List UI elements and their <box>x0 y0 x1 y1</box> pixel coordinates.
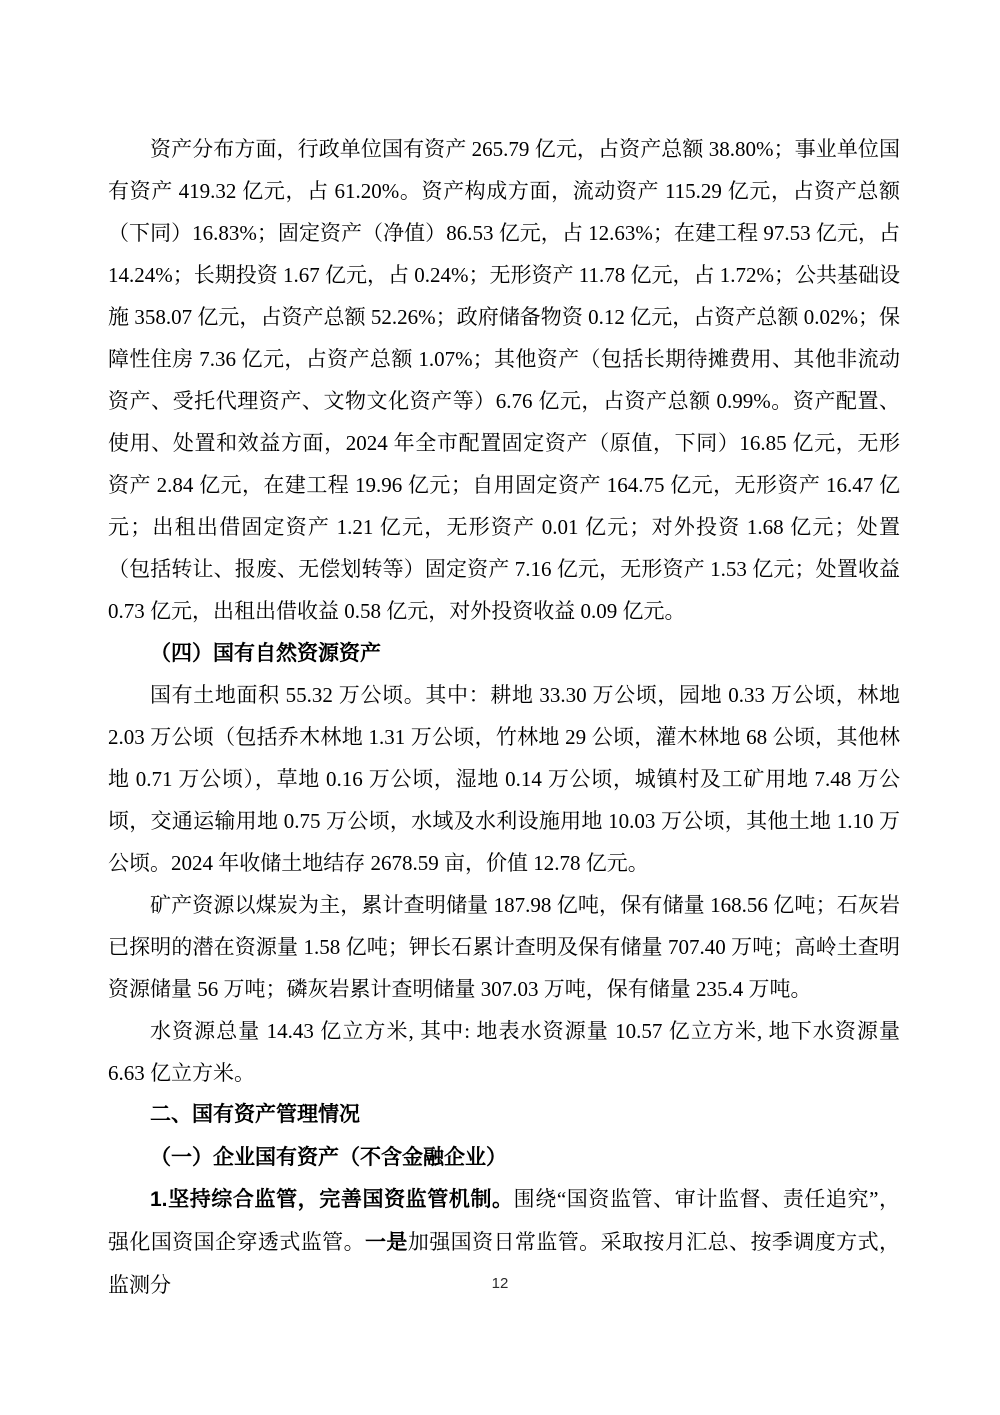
text-segment: 矿产资源以煤炭为主，累计查明储量 187.98 亿吨，保有储量 168.56 亿… <box>108 893 900 1001</box>
paragraph-asset-distribution: 资产分布方面，行政单位国有资产 265.79 亿元，占资产总额 38.80%；事… <box>108 128 900 632</box>
heading-section-1-enterprise-assets: （一）企业国有资产（不含金融企业） <box>108 1136 900 1178</box>
paragraph-state-owned-land: 国有土地面积 55.32 万公顷。其中：耕地 33.30 万公顷，园地 0.33… <box>108 674 900 884</box>
bold-text-segment: （四）国有自然资源资产 <box>150 641 381 665</box>
paragraph-mineral-resources: 矿产资源以煤炭为主，累计查明储量 187.98 亿吨，保有储量 168.56 亿… <box>108 884 900 1010</box>
bold-text-segment: （一）企业国有资产（不含金融企业） <box>150 1145 507 1169</box>
page-number: 12 <box>0 1274 1000 1294</box>
heading-section-2-asset-management: 二、国有资产管理情况 <box>108 1094 900 1136</box>
document-body: 资产分布方面，行政单位国有资产 265.79 亿元，占资产总额 38.80%；事… <box>108 128 900 1306</box>
text-segment: 水资源总量 14.43 亿立方米, 其中: 地表水资源量 10.57 亿立方米,… <box>108 1019 900 1085</box>
text-segment: 资产分布方面，行政单位国有资产 265.79 亿元，占资产总额 38.80%；事… <box>108 137 900 623</box>
bold-text-segment: 1.坚持综合监管，完善国资监管机制。 <box>150 1188 514 1211</box>
text-segment: 二、国有资产管理情况 <box>150 1103 360 1126</box>
heading-section-4-natural-resource-assets: （四）国有自然资源资产 <box>108 632 900 674</box>
bold-text-segment: 一是 <box>365 1231 408 1254</box>
document-page: 资产分布方面，行政单位国有资产 265.79 亿元，占资产总额 38.80%；事… <box>0 0 1000 1415</box>
paragraph-water-resources: 水资源总量 14.43 亿立方米, 其中: 地表水资源量 10.57 亿立方米,… <box>108 1010 900 1094</box>
text-segment: 国有土地面积 55.32 万公顷。其中：耕地 33.30 万公顷，园地 0.33… <box>108 683 900 875</box>
